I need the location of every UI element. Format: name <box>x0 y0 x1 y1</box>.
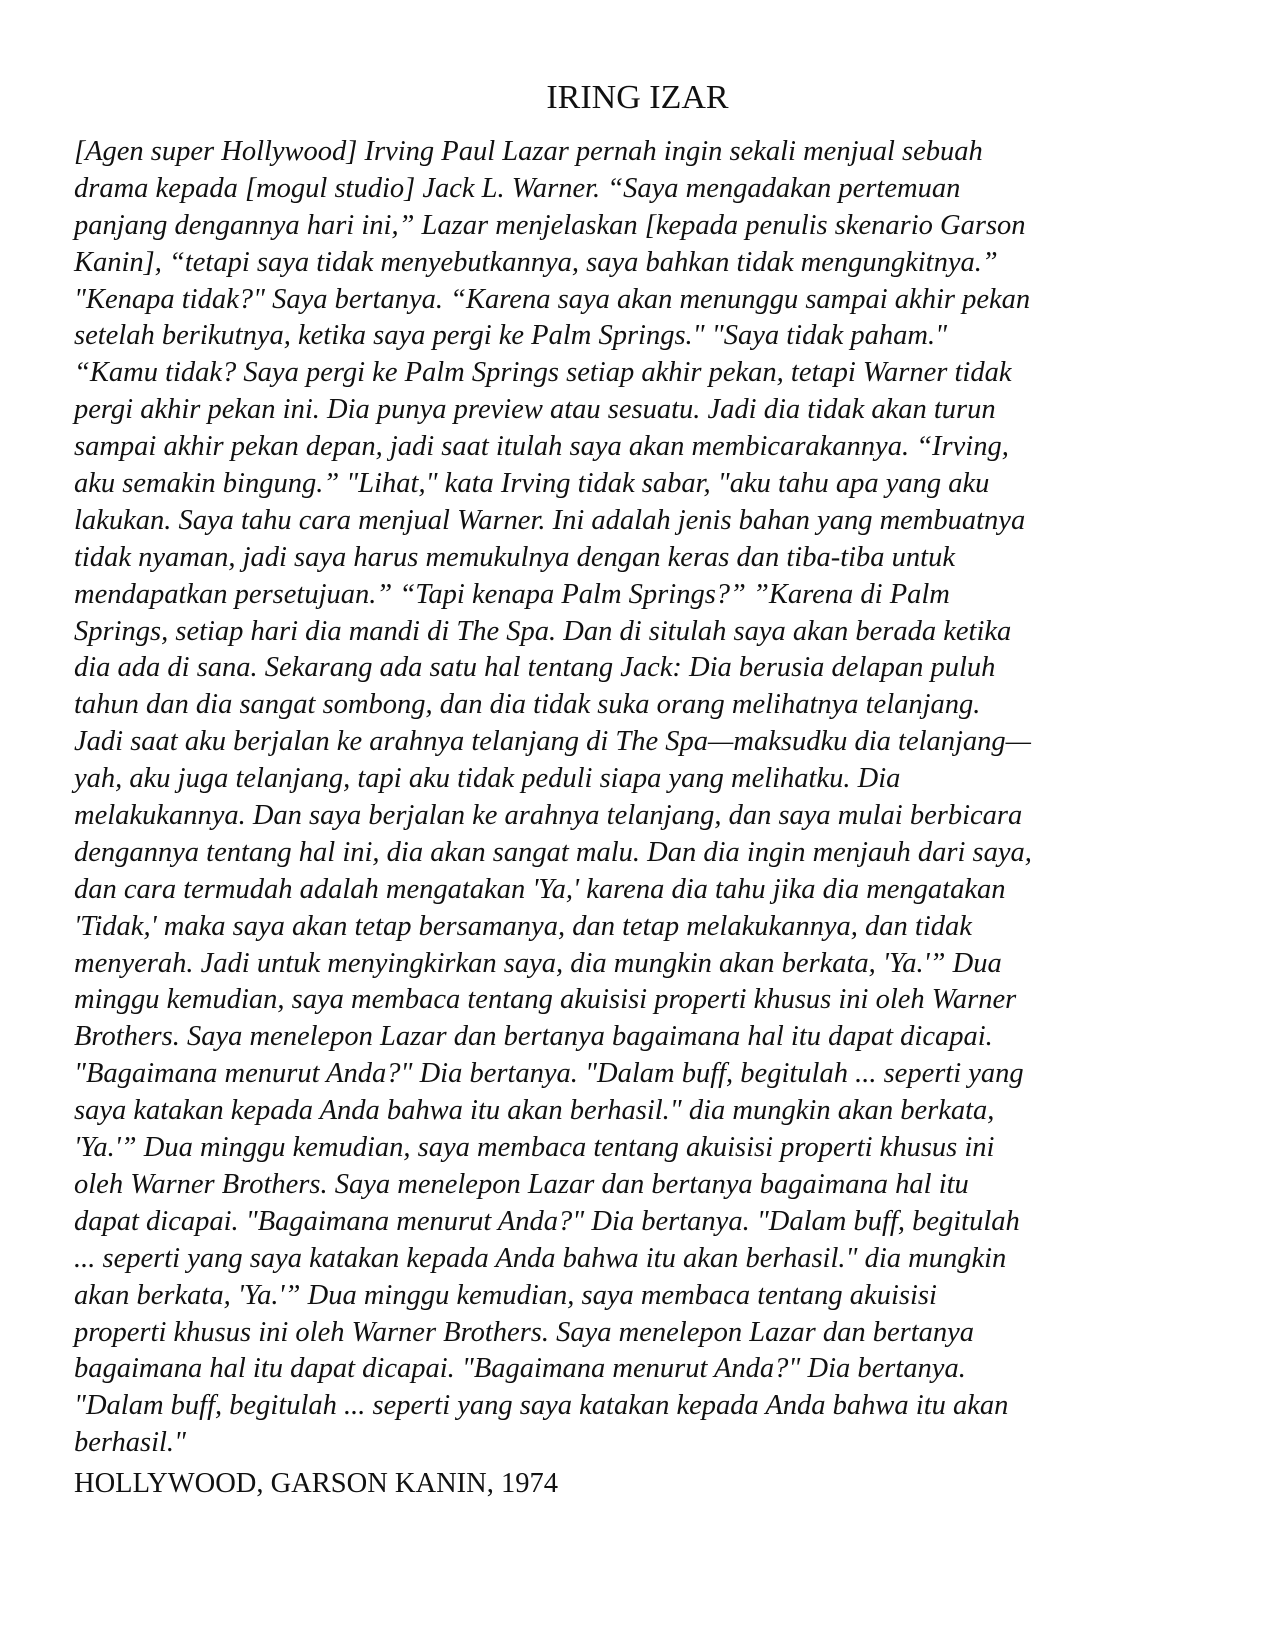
quote-body: [Agen super Hollywood] Irving Paul Lazar… <box>74 134 1204 1462</box>
text-line: tahun dan dia sangat sombong, dan dia ti… <box>74 687 1204 724</box>
text-line: tidak nyaman, jadi saya harus memukulnya… <box>74 540 1204 577</box>
text-line: aku semakin bingung.” "Lihat," kata Irvi… <box>74 466 1204 503</box>
text-line: [Agen super Hollywood] Irving Paul Lazar… <box>74 134 1204 171</box>
text-line: Jadi saat aku berjalan ke arahnya telanj… <box>74 724 1204 761</box>
text-line: berhasil." <box>74 1425 1204 1462</box>
text-line: saya katakan kepada Anda bahwa itu akan … <box>74 1093 1204 1130</box>
text-line: “Kamu tidak? Saya pergi ke Palm Springs … <box>74 355 1204 392</box>
text-line: oleh Warner Brothers. Saya menelepon Laz… <box>74 1167 1204 1204</box>
text-line: Kanin], “tetapi saya tidak menyebutkanny… <box>74 245 1204 282</box>
text-line: properti khusus ini oleh Warner Brothers… <box>74 1315 1204 1352</box>
text-line: panjang dengannya hari ini,” Lazar menje… <box>74 208 1204 245</box>
text-line: "Dalam buff, begitulah ... seperti yang … <box>74 1388 1204 1425</box>
text-line: "Bagaimana menurut Anda?" Dia bertanya. … <box>74 1056 1204 1093</box>
text-line: ... seperti yang saya katakan kepada And… <box>74 1241 1204 1278</box>
text-line: sampai akhir pekan depan, jadi saat itul… <box>74 429 1204 466</box>
text-line: Springs, setiap hari dia mandi di The Sp… <box>74 614 1204 651</box>
text-line: lakukan. Saya tahu cara menjual Warner. … <box>74 503 1204 540</box>
text-line: minggu kemudian, saya membaca tentang ak… <box>74 982 1204 1019</box>
text-line: "Kenapa tidak?" Saya bertanya. “Karena s… <box>74 282 1204 319</box>
text-line: melakukannya. Dan saya berjalan ke arahn… <box>74 798 1204 835</box>
text-line: dapat dicapai. "Bagaimana menurut Anda?"… <box>74 1204 1204 1241</box>
text-line: dia ada di sana. Sekarang ada satu hal t… <box>74 650 1204 687</box>
document-page: IRING IZAR [Agen super Hollywood] Irving… <box>0 0 1275 1650</box>
source-attribution: HOLLYWOOD, GARSON KANIN, 1974 <box>74 1466 558 1502</box>
text-line: yah, aku juga telanjang, tapi aku tidak … <box>74 761 1204 798</box>
text-line: 'Tidak,' maka saya akan tetap bersamanya… <box>74 909 1204 946</box>
text-line: dengannya tentang hal ini, dia akan sang… <box>74 835 1204 872</box>
text-line: setelah berikutnya, ketika saya pergi ke… <box>74 318 1204 355</box>
page-title: IRING IZAR <box>0 78 1275 118</box>
text-line: Brothers. Saya menelepon Lazar dan berta… <box>74 1019 1204 1056</box>
text-line: akan berkata, 'Ya.'” Dua minggu kemudian… <box>74 1278 1204 1315</box>
text-line: bagaimana hal itu dapat dicapai. "Bagaim… <box>74 1351 1204 1388</box>
text-line: pergi akhir pekan ini. Dia punya preview… <box>74 392 1204 429</box>
text-line: drama kepada [mogul studio] Jack L. Warn… <box>74 171 1204 208</box>
text-line: menyerah. Jadi untuk menyingkirkan saya,… <box>74 946 1204 983</box>
text-line: 'Ya.'” Dua minggu kemudian, saya membaca… <box>74 1130 1204 1167</box>
text-line: dan cara termudah adalah mengatakan 'Ya,… <box>74 872 1204 909</box>
text-line: mendapatkan persetujuan.” “Tapi kenapa P… <box>74 577 1204 614</box>
